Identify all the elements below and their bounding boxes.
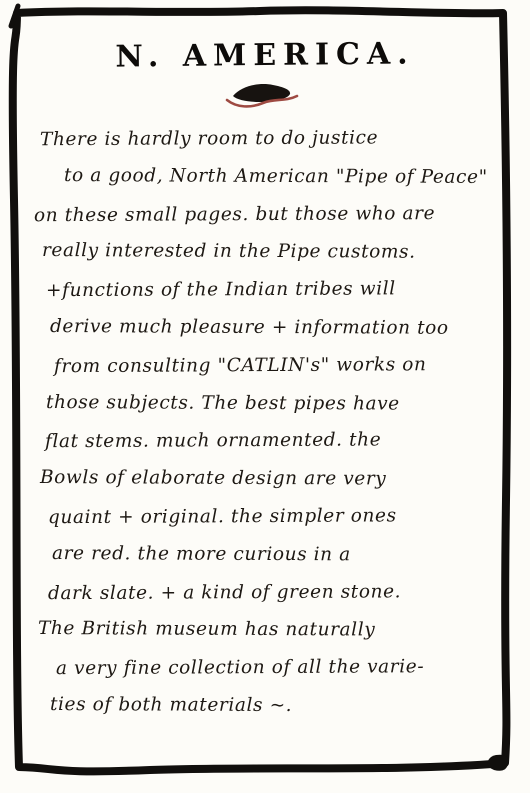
leaf-flourish-icon bbox=[221, 78, 309, 110]
flourish-ornament bbox=[34, 78, 496, 112]
handwritten-line: quaint + original. the simpler ones bbox=[48, 497, 496, 537]
manuscript-page: N. AMERICA. There is hardly room to do j… bbox=[0, 0, 530, 793]
handwritten-line: There is hardly room to do justice bbox=[40, 119, 496, 159]
handwritten-line: really interested in the Pipe customs. bbox=[42, 232, 496, 272]
handwritten-line: to a good, North American "Pipe of Peace… bbox=[64, 157, 496, 197]
handwritten-line: ties of both materials ~. bbox=[50, 686, 496, 726]
handwritten-line: on these small pages. but those who are bbox=[34, 194, 496, 234]
handwritten-text: There is hardly room to do justice to a … bbox=[34, 120, 496, 725]
handwritten-line: a very fine collection of all the varie- bbox=[56, 648, 496, 688]
handwritten-line: The British museum has naturally bbox=[38, 610, 496, 650]
handwritten-line: from consulting "CATLIN's" works on bbox=[54, 346, 496, 386]
handwritten-line: dark slate. + a kind of green stone. bbox=[48, 572, 496, 612]
handwritten-line: +functions of the Indian tribes will bbox=[46, 270, 496, 310]
handwritten-line: those subjects. The best pipes have bbox=[46, 384, 496, 424]
handwritten-line: derive much pleasure + information too bbox=[50, 308, 496, 348]
page-title: N. AMERICA. bbox=[34, 36, 496, 76]
handwritten-line: flat stems. much ornamented. the bbox=[45, 421, 496, 461]
page-content: N. AMERICA. There is hardly room to do j… bbox=[0, 0, 530, 793]
handwritten-line: Bowls of elaborate design are very bbox=[40, 459, 496, 499]
handwritten-line: are red. the more curious in a bbox=[52, 535, 496, 575]
